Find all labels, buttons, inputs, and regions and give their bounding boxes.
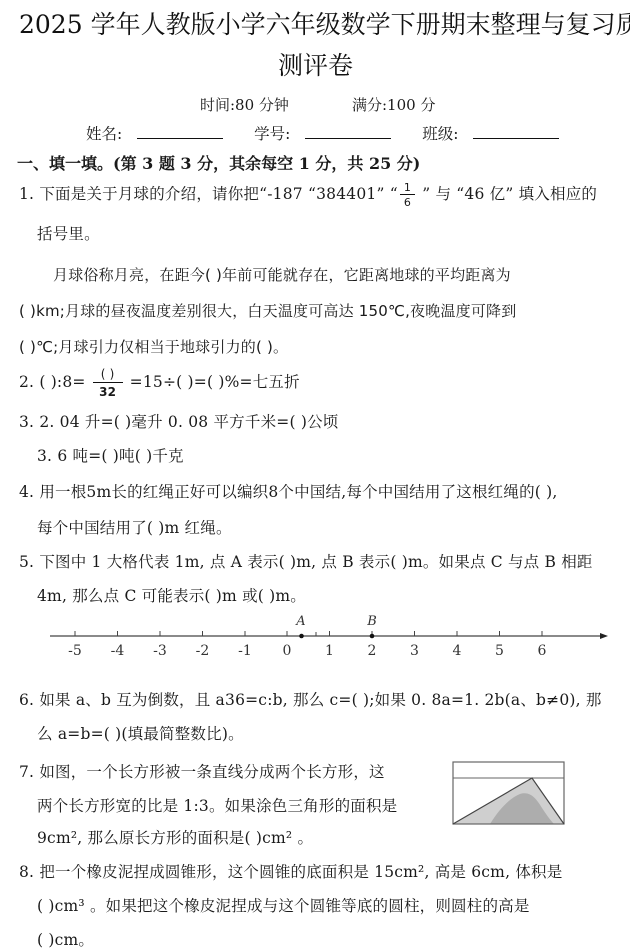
point-a	[299, 634, 304, 639]
svg-text:6: 6	[538, 643, 547, 659]
question-7-line3: 9cm², 那么原长方形的面积是( )cm² 。	[37, 826, 313, 848]
point-a-label: A	[295, 614, 305, 629]
section-heading: 一、填一填。(第 3 题 3 分，其余每空 1 分，共 25 分)	[17, 151, 420, 174]
svg-text:5: 5	[495, 643, 504, 659]
question-5-line1: 5. 下图中 1 大格代表 1m, 点 A 表示( )m, 点 B 表示( )m…	[19, 550, 593, 572]
svg-text:1: 1	[325, 643, 334, 659]
question-4-line1: 4. 用一根5m长的红绳正好可以编织8个中国结,每个中国结用了这根红绳的( ),	[19, 480, 558, 502]
question-8-line2: ( )cm³ 。如果把这个橡皮泥捏成与这个圆锥等底的圆柱，则圆柱的高是	[37, 894, 530, 916]
question-3-line2: 3. 6 吨=( )吨( )千克	[37, 444, 184, 466]
svg-text:-3: -3	[153, 643, 167, 659]
arrow-head-icon	[600, 633, 608, 639]
question-6-line1: 6. 如果 a、b 互为倒数，且 a36=c:b, 那么 c=( );如果 0.…	[19, 688, 602, 710]
svg-text:2: 2	[368, 643, 377, 659]
rectangle-triangle-figure	[450, 758, 570, 830]
question-1-paragraph-1: 月球俗称月亮，在距今( )年前可能就存在，它距离地球的平均距离为	[53, 264, 511, 285]
question-1-paragraph-3: ( )℃;月球引力仅相当于地球引力的( )。	[19, 336, 288, 357]
question-7-line2: 两个长方形宽的比是 1:3。如果涂色三角形的面积是	[37, 794, 397, 816]
question-1-line1: 1. 下面是关于月球的介绍，请你把“-187 “384401” “16 ” 与 …	[19, 182, 597, 208]
student-id-field[interactable]	[305, 137, 391, 139]
question-6-line2: 么 a=b=( )(填最简整数比)。	[37, 722, 244, 744]
svg-text:-1: -1	[238, 643, 252, 659]
student-info-row: 姓名: 学号: 班级:	[86, 122, 559, 144]
class-label: 班级:	[422, 125, 458, 143]
question-1-line2: 括号里。	[37, 222, 100, 244]
svg-text:0: 0	[283, 643, 292, 659]
number-line-labels: -5 -4 -3 -2 -1 0 1 2 3 4 5 6	[68, 643, 546, 659]
svg-text:3: 3	[410, 643, 419, 659]
fraction-blank-over-32: ( )32	[93, 368, 123, 398]
point-b	[370, 634, 375, 639]
point-b-label: B	[366, 614, 377, 629]
page-title-line2: 测评卷	[278, 46, 353, 82]
number-line-ticks	[75, 631, 542, 636]
class-field[interactable]	[473, 137, 559, 139]
question-8-line3: ( )cm。	[37, 928, 94, 949]
name-label: 姓名:	[86, 125, 122, 143]
question-8-line1: 8. 把一个橡皮泥捏成圆锥形，这个圆锥的底面积是 15cm², 高是 6cm, …	[19, 860, 562, 882]
exam-time: 时间:80 分钟	[200, 94, 289, 115]
student-id-label: 学号:	[254, 125, 290, 143]
page-title-line1: 2025 学年人教版小学六年级数学下册期末整理与复习质量	[19, 5, 630, 41]
name-field[interactable]	[137, 137, 223, 139]
question-3-line1: 3. 2. 04 升=( )毫升 0. 08 平方千米=( )公顷	[19, 410, 339, 432]
svg-text:-2: -2	[196, 643, 210, 659]
question-4-line2: 每个中国结用了( )m 红绳。	[37, 516, 232, 538]
svg-text:4: 4	[453, 643, 462, 659]
number-line-figure: -5 -4 -3 -2 -1 0 1 2 3 4 5 6 A B	[0, 605, 630, 665]
svg-text:-4: -4	[111, 643, 125, 659]
question-1-paragraph-2: ( )km;月球的昼夜温度差别很大，白天温度可高达 150℃,夜晚温度可降到	[19, 300, 516, 321]
exam-full-score: 满分:100 分	[352, 94, 435, 115]
svg-text:-5: -5	[68, 643, 82, 659]
question-7-line1: 7. 如图，一个长方形被一条直线分成两个长方形，这	[19, 760, 385, 782]
fraction-one-sixth: 16	[400, 182, 415, 208]
question-5-line2: 4m, 那么点 C 可能表示( )m 或( )m。	[37, 584, 306, 606]
question-2: 2. ( ):8= ( )32 =15÷( )=( )%=七五折	[19, 368, 300, 398]
